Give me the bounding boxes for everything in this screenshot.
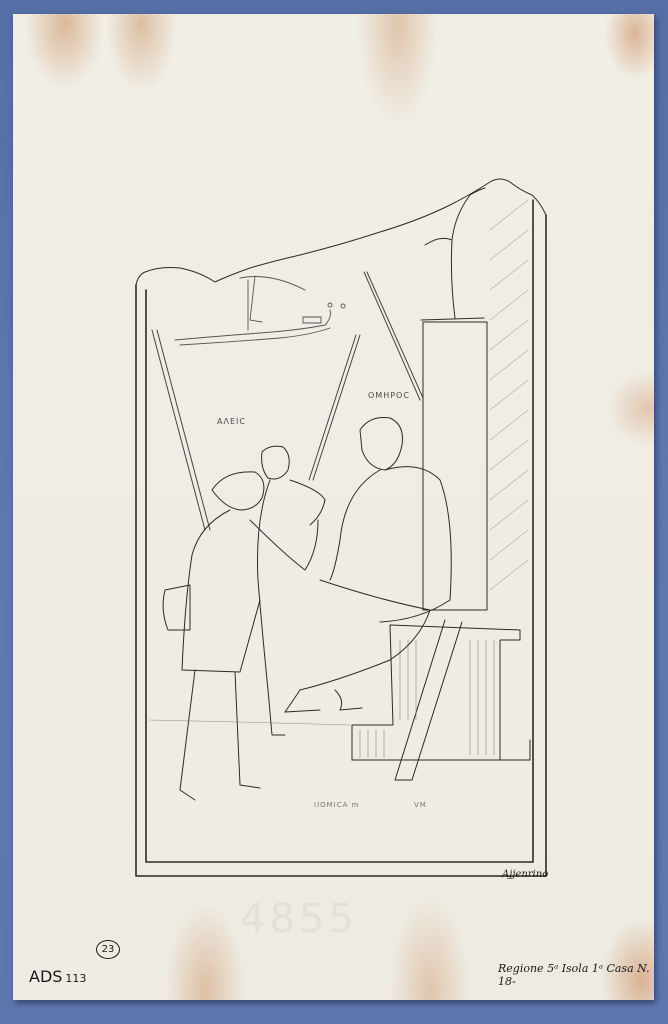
catalog-number: 113 — [65, 972, 86, 985]
background-hatching — [490, 200, 528, 590]
broken-top-edge — [136, 179, 546, 285]
ground-line — [150, 720, 350, 725]
inscription-omhros: ΟΜΗΡΟϹ — [368, 391, 410, 400]
outer-frame — [136, 215, 546, 876]
lower-inscription-b: VM — [414, 801, 427, 809]
inscription-aleis: ΑΛΕΙϹ — [217, 417, 246, 426]
line-drawing — [0, 0, 668, 1024]
catalog-prefix: ADS — [29, 967, 62, 986]
faint-watermark: 4855 — [240, 896, 358, 942]
throne-hatching — [360, 640, 494, 758]
boy-with-cap — [163, 472, 318, 800]
seated-figure — [285, 418, 451, 713]
catalog-reference: ADS113 — [29, 967, 86, 986]
standing-youth — [258, 446, 326, 735]
ship — [175, 276, 345, 345]
sheet-number-badge: 23 — [96, 940, 120, 959]
location-note: Regione 5ᵃ Isola 1ᵃ Casa N. 18- — [498, 962, 668, 988]
throne — [352, 620, 530, 780]
lower-inscription-a: IIOMICA m — [314, 801, 359, 809]
spears — [152, 272, 423, 530]
statue-column — [421, 188, 487, 610]
artist-signature: Ajjenrino — [502, 869, 548, 880]
